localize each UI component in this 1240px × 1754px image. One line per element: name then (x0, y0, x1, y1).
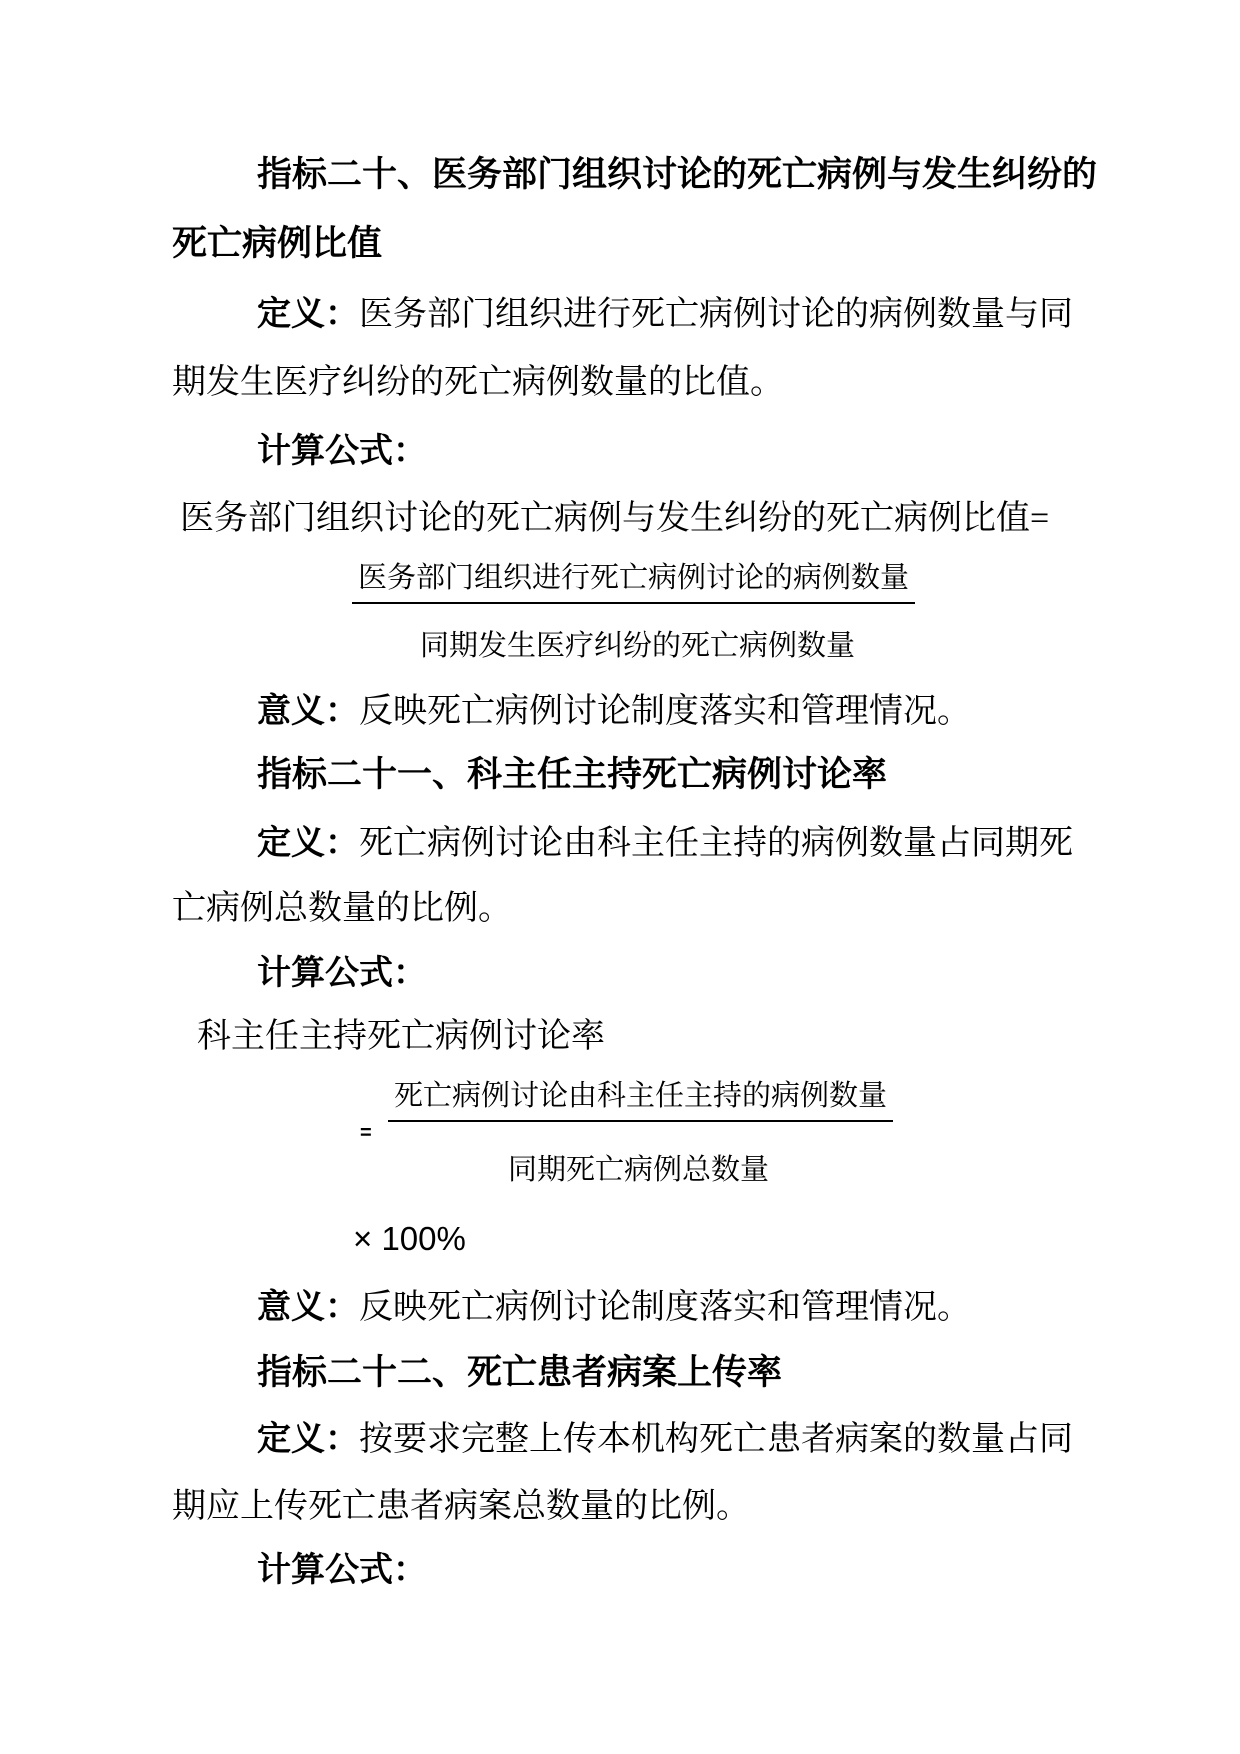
significance-text: 反映死亡病例讨论制度落实和管理情况。 (359, 1289, 971, 1326)
indicator21-formula-label: 计算公式： (257, 950, 427, 996)
significance-label: 意义： (257, 692, 359, 730)
definition-text: 死亡病例讨论由科主任主持的病例数量占同期死 (359, 825, 1073, 862)
indicator21-title: 指标二十一、科主任主持死亡病例讨论率 (257, 752, 887, 798)
significance-text: 反映死亡病例讨论制度落实和管理情况。 (359, 693, 971, 730)
indicator22-title: 指标二十二、死亡患者病案上传率 (257, 1350, 782, 1396)
indicator20-title-line2: 死亡病例比值 (172, 221, 382, 267)
definition-label: 定义： (257, 295, 359, 333)
indicator20-definition-line2: 期发生医疗纠纷的死亡病例数量的比值。 (172, 360, 784, 406)
significance-label: 意义： (257, 1288, 359, 1326)
definition-label: 定义： (257, 1420, 359, 1458)
indicator22-definition-line1: 定义：按要求完整上传本机构死亡患者病案的数量占同 (257, 1416, 1073, 1463)
equals-sign: = (360, 1110, 372, 1156)
document-page: 指标二十、医务部门组织讨论的死亡病例与发生纠纷的 死亡病例比值 定义：医务部门组… (0, 0, 1240, 1754)
indicator20-formula-lhs: 医务部门组织讨论的死亡病例与发生纠纷的死亡病例比值= (180, 496, 1049, 542)
definition-text: 医务部门组织进行死亡病例讨论的病例数量与同 (359, 296, 1073, 333)
indicator20-formula-numerator: 医务部门组织进行死亡病例讨论的病例数量 (352, 558, 915, 598)
numerator-text: 医务部门组织进行死亡病例讨论的病例数量 (352, 562, 915, 604)
indicator22-definition-line2: 期应上传死亡患者病案总数量的比例。 (172, 1484, 750, 1530)
definition-label: 定义： (257, 824, 359, 862)
indicator21-formula-numerator: 死亡病例讨论由科主任主持的病例数量 (388, 1076, 893, 1116)
indicator20-title-line1: 指标二十、医务部门组织讨论的死亡病例与发生纠纷的 (257, 152, 1097, 198)
indicator20-significance: 意义：反映死亡病例讨论制度落实和管理情况。 (257, 688, 971, 735)
indicator20-definition-line1: 定义：医务部门组织进行死亡病例讨论的病例数量与同 (257, 291, 1073, 338)
indicator21-definition-line1: 定义：死亡病例讨论由科主任主持的病例数量占同期死 (257, 820, 1073, 867)
indicator21-formula-lhs: 科主任主持死亡病例讨论率 (197, 1014, 605, 1060)
indicator20-formula-label: 计算公式： (257, 428, 427, 474)
definition-text: 按要求完整上传本机构死亡患者病案的数量占同 (359, 1421, 1073, 1458)
multiplier-100-percent: × 100% (353, 1216, 466, 1262)
indicator21-significance: 意义：反映死亡病例讨论制度落实和管理情况。 (257, 1284, 971, 1331)
indicator22-formula-label: 计算公式： (257, 1547, 427, 1593)
indicator21-formula-denominator: 同期死亡病例总数量 (508, 1150, 769, 1190)
indicator20-formula-denominator: 同期发生医疗纠纷的死亡病例数量 (420, 626, 855, 666)
numerator-text: 死亡病例讨论由科主任主持的病例数量 (388, 1080, 893, 1122)
indicator21-definition-line2: 亡病例总数量的比例。 (172, 886, 512, 932)
